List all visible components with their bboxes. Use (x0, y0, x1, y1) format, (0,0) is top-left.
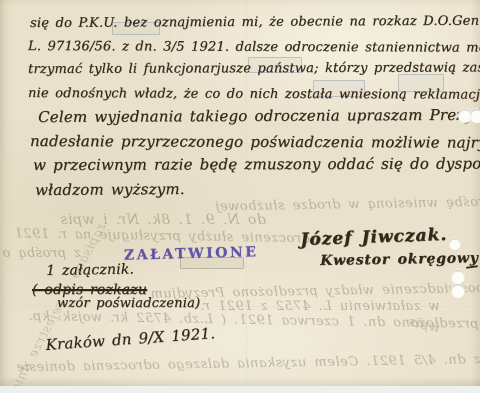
letter-line: L. 97136/56. z dn. 3/5 1921. dalsze odro… (28, 39, 480, 56)
bleedthrough-text: do N. 9. 1. 8k. Nr. i wpis (60, 212, 266, 228)
punch-hole (470, 109, 480, 123)
attachment-note: 1 załącznik. (46, 261, 134, 279)
letter-line: się do P.K.U. bez oznajmienia mi, że obe… (30, 13, 480, 31)
letter-line: władzom wyższym. (35, 180, 185, 199)
signature-name: Józef Jiwczak. (300, 225, 448, 250)
punch-hole (449, 238, 461, 250)
document-scan: na prośbę wniesioną w drodze służbowej d… (0, 0, 480, 393)
letter-line: nadesłanie przyrzeczonego poświadczenia … (30, 132, 480, 152)
letter-line: Celem wyjednania takiego odroczenia upra… (38, 105, 480, 126)
letter-line: nie odnośnych władz, że co do nich zosta… (28, 86, 480, 103)
punch-hole (451, 270, 465, 284)
bleedthrough-text: odroczenie służby przysługuje na r. 1921 (14, 226, 318, 246)
paper-sheet: na prośbę wniesioną w drodze służbowej d… (0, 0, 480, 386)
dateline: Kraków dn 9/X 1921. (45, 324, 216, 354)
template-note: wzór poświadczenia) (57, 296, 200, 311)
bleedthrough-text: z prośbą o (2, 246, 81, 261)
punch-hole (451, 284, 465, 298)
letter-line: w przeciwnym razie będę zmuszony oddać s… (33, 154, 480, 174)
scanner-background (0, 386, 480, 393)
ink-dash (466, 265, 478, 269)
letter-line: trzymać tylko li funkcjonarjusze państwa… (28, 60, 480, 77)
signature-title: Kwestor okręgowy (320, 250, 479, 269)
